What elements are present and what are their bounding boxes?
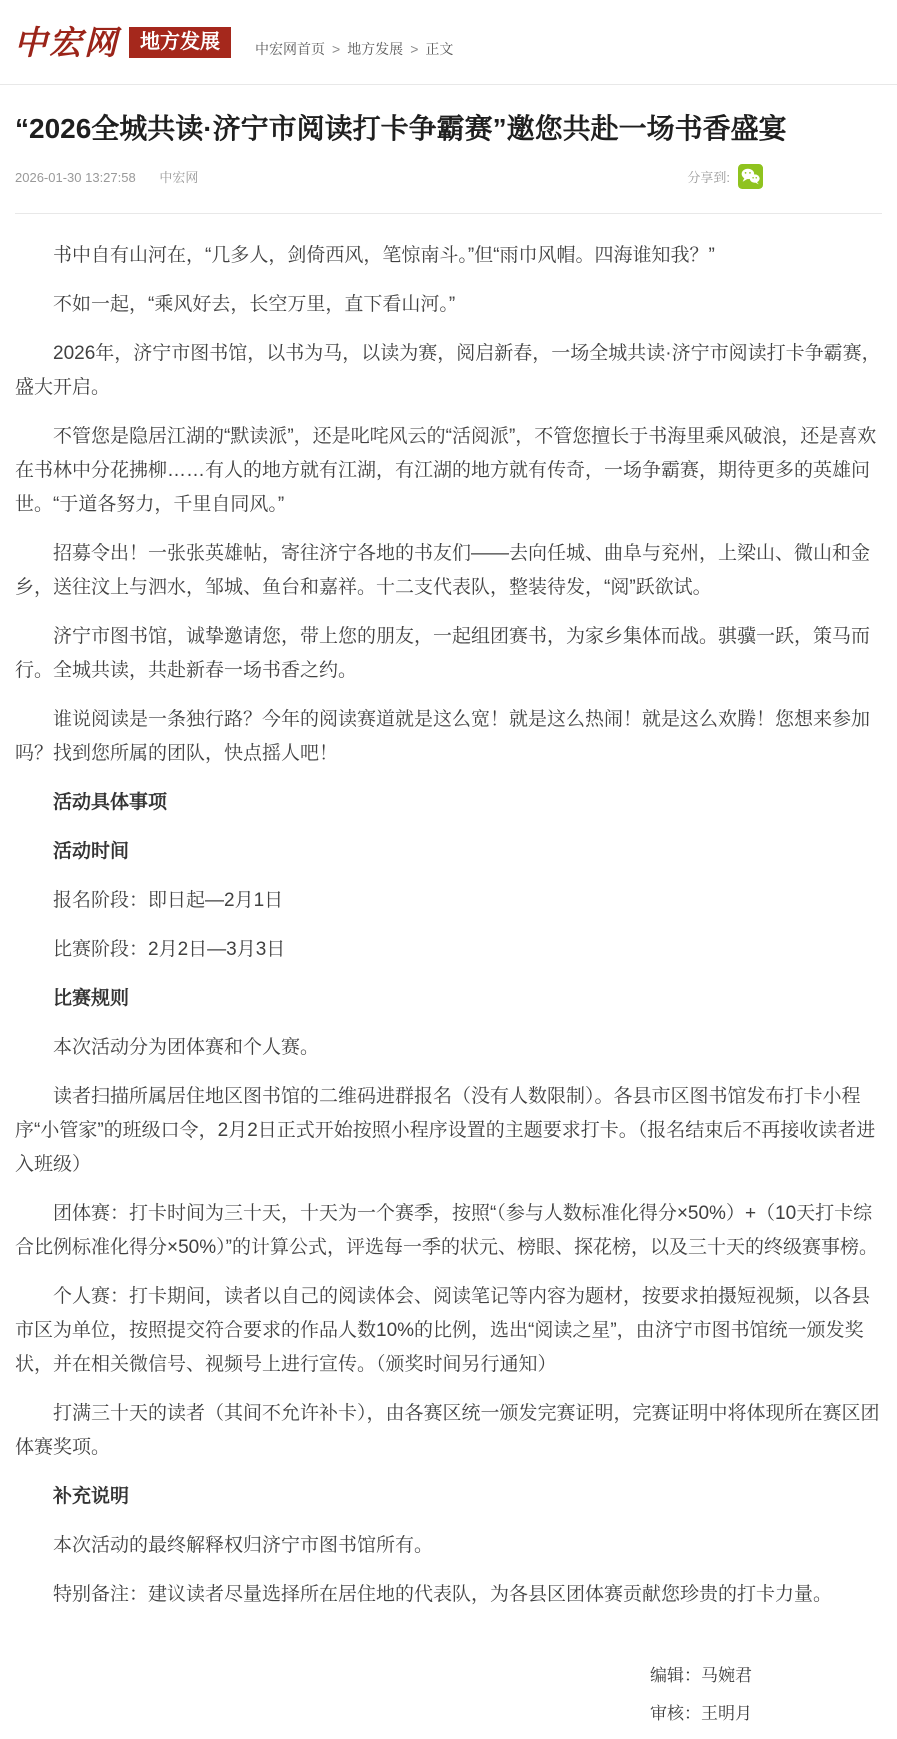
section-heading: 补充说明 xyxy=(15,1480,882,1514)
breadcrumb-item-1[interactable]: 中宏网首页 xyxy=(255,41,325,57)
article-paragraph: 本次活动的最终解释权归济宁市图书馆所有。 xyxy=(15,1529,882,1563)
source-name: 中宏网 xyxy=(159,170,198,185)
article-paragraph: 书中自有山河在，“几多人，剑倚西风，笔惊南斗。”但“雨巾风帽。四海谁知我？” xyxy=(15,239,882,273)
publish-time: 2026-01-30 13:27:58 xyxy=(15,170,136,185)
breadcrumb-item-3: 正文 xyxy=(425,41,453,57)
article-meta: 2026-01-30 13:27:58 中宏网 分享到: xyxy=(15,163,882,189)
site-logo[interactable]: 中宏网 xyxy=(14,26,119,59)
article-paragraph: 读者扫描所属居住地区图书馆的二维码进群报名（没有人数限制）。各县市区图书馆发布打… xyxy=(15,1080,882,1182)
article-paragraph: 团体赛：打卡时间为三十天，十天为一个赛季，按照“（参与人数标准化得分×50%）+… xyxy=(15,1197,882,1265)
article-paragraph: 谁说阅读是一条独行路？今年的阅读赛道就是这么宽！就是这么热闹！就是这么欢腾！您想… xyxy=(15,703,882,771)
reviewer-line: 审核：王明月 xyxy=(15,1695,752,1733)
article-paragraph: 不如一起，“乘风好去，长空万里，直下看山河。” xyxy=(15,288,882,322)
article-paragraph: 济宁市图书馆，诚挚邀请您，带上您的朋友，一起组团赛书，为家乡集体而战。骐骥一跃，… xyxy=(15,620,882,688)
page-title: “2026全城共读·济宁市阅读打卡争霸赛”邀您共赴一场书香盛宴 xyxy=(15,109,882,149)
article-page: “2026全城共读·济宁市阅读打卡争霸赛”邀您共赴一场书香盛宴 2026-01-… xyxy=(0,109,897,1739)
section-heading: 活动时间 xyxy=(15,835,882,869)
wechat-icon[interactable] xyxy=(738,164,763,189)
article-meta-left: 2026-01-30 13:27:58 中宏网 xyxy=(15,167,198,186)
section-heading: 比赛规则 xyxy=(15,982,882,1016)
article-paragraph: 2026年，济宁市图书馆，以书为马，以读为赛，阅启新春，一场全城共读·济宁市阅读… xyxy=(15,337,882,405)
article-paragraph: 打满三十天的读者（其间不允许补卡），由各赛区统一颁发完赛证明，完赛证明中将体现所… xyxy=(15,1397,882,1465)
share-group: 分享到: xyxy=(687,164,763,189)
breadcrumb-item-2[interactable]: 地方发展 xyxy=(347,41,403,57)
article-paragraph: 不管您是隐居江湖的“默读派”，还是叱咤风云的“活阅派”，不管您擅长于书海里乘风破… xyxy=(15,420,882,522)
article-paragraph: 比赛阶段：2月2日—3月3日 xyxy=(15,933,882,967)
site-header: 中宏网 地方发展 中宏网首页>地方发展>正文 xyxy=(0,0,897,85)
article-paragraph: 个人赛：打卡期间，读者以自己的阅读体会、阅读笔记等内容为题材，按要求拍摄短视频，… xyxy=(15,1280,882,1382)
breadcrumb-separator: > xyxy=(410,41,418,57)
article-body: 书中自有山河在，“几多人，剑倚西风，笔惊南斗。”但“雨巾风帽。四海谁知我？”不如… xyxy=(15,214,882,1612)
section-heading: 活动具体事项 xyxy=(15,786,882,820)
section-badge[interactable]: 地方发展 xyxy=(129,27,231,58)
article-paragraph: 本次活动分为团体赛和个人赛。 xyxy=(15,1031,882,1065)
article-paragraph: 报名阶段：即日起—2月1日 xyxy=(15,884,882,918)
share-label: 分享到: xyxy=(687,167,730,186)
editor-line: 编辑：马婉君 xyxy=(15,1657,752,1695)
breadcrumb: 中宏网首页>地方发展>正文 xyxy=(255,39,453,59)
breadcrumb-separator: > xyxy=(332,41,340,57)
editors-block: 编辑：马婉君 审核：王明月 xyxy=(15,1627,882,1739)
article-paragraph: 特别备注：建议读者尽量选择所在居住地的代表队，为各县区团体赛贡献您珍贵的打卡力量… xyxy=(15,1578,882,1612)
article-paragraph: 招募令出！一张张英雄帖，寄往济宁各地的书友们——去向任城、曲阜与兖州，上梁山、微… xyxy=(15,537,882,605)
